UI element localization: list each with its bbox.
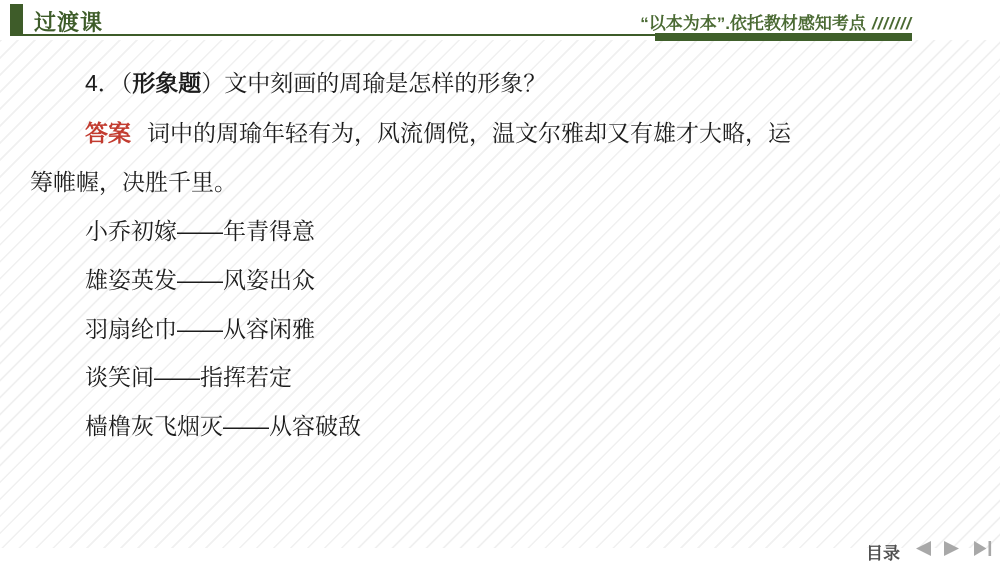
- question-type-tag: 形象题: [132, 70, 201, 96]
- question-number: 4．（: [85, 70, 132, 96]
- slide-navigation: [912, 540, 993, 557]
- slide: 过渡课 “以本为本”.依托教材感知考点/////// 4．（形象题）文中刻画的周…: [0, 0, 1000, 563]
- next-arrow-icon: [942, 540, 963, 557]
- toc-button[interactable]: 目录: [866, 539, 900, 563]
- last-slide-button[interactable]: [972, 540, 993, 557]
- prev-arrow-icon: [912, 540, 933, 557]
- prev-slide-button[interactable]: [912, 540, 933, 557]
- analysis-line: 樯橹灰飞烟灭——从容破敌: [85, 411, 361, 441]
- next-slide-button[interactable]: [942, 540, 963, 557]
- question-text: 4．（形象题）文中刻画的周瑜是怎样的形象？: [85, 68, 546, 98]
- header-rule-accent: [655, 33, 912, 41]
- header-subtitle-text: “以本为本”.依托教材感知考点: [640, 14, 866, 33]
- header-subtitle: “以本为本”.依托教材感知考点///////: [640, 9, 912, 34]
- answer-label: 答案: [85, 120, 131, 146]
- answer-line-2: 筹帷幄，决胜千里。: [30, 167, 237, 197]
- last-arrow-icon: [972, 540, 993, 557]
- question-body: ）文中刻画的周瑜是怎样的形象？: [201, 70, 546, 96]
- analysis-line: 小乔初嫁——年青得意: [85, 216, 315, 246]
- header-subtitle-slashes: ///////: [872, 14, 912, 33]
- analysis-line: 谈笑间——指挥若定: [85, 362, 292, 392]
- analysis-line: 羽扇纶巾——从容闲雅: [85, 314, 315, 344]
- answer-line-1: 答案词中的周瑜年轻有为，风流倜傥，温文尔雅却又有雄才大略，运: [85, 118, 791, 148]
- header-accent-bar: [10, 4, 23, 36]
- header-section-title: 过渡课: [34, 6, 103, 37]
- answer-text-1: 词中的周瑜年轻有为，风流倜傥，温文尔雅却又有雄才大略，运: [147, 120, 791, 146]
- analysis-line: 雄姿英发——风姿出众: [85, 265, 315, 295]
